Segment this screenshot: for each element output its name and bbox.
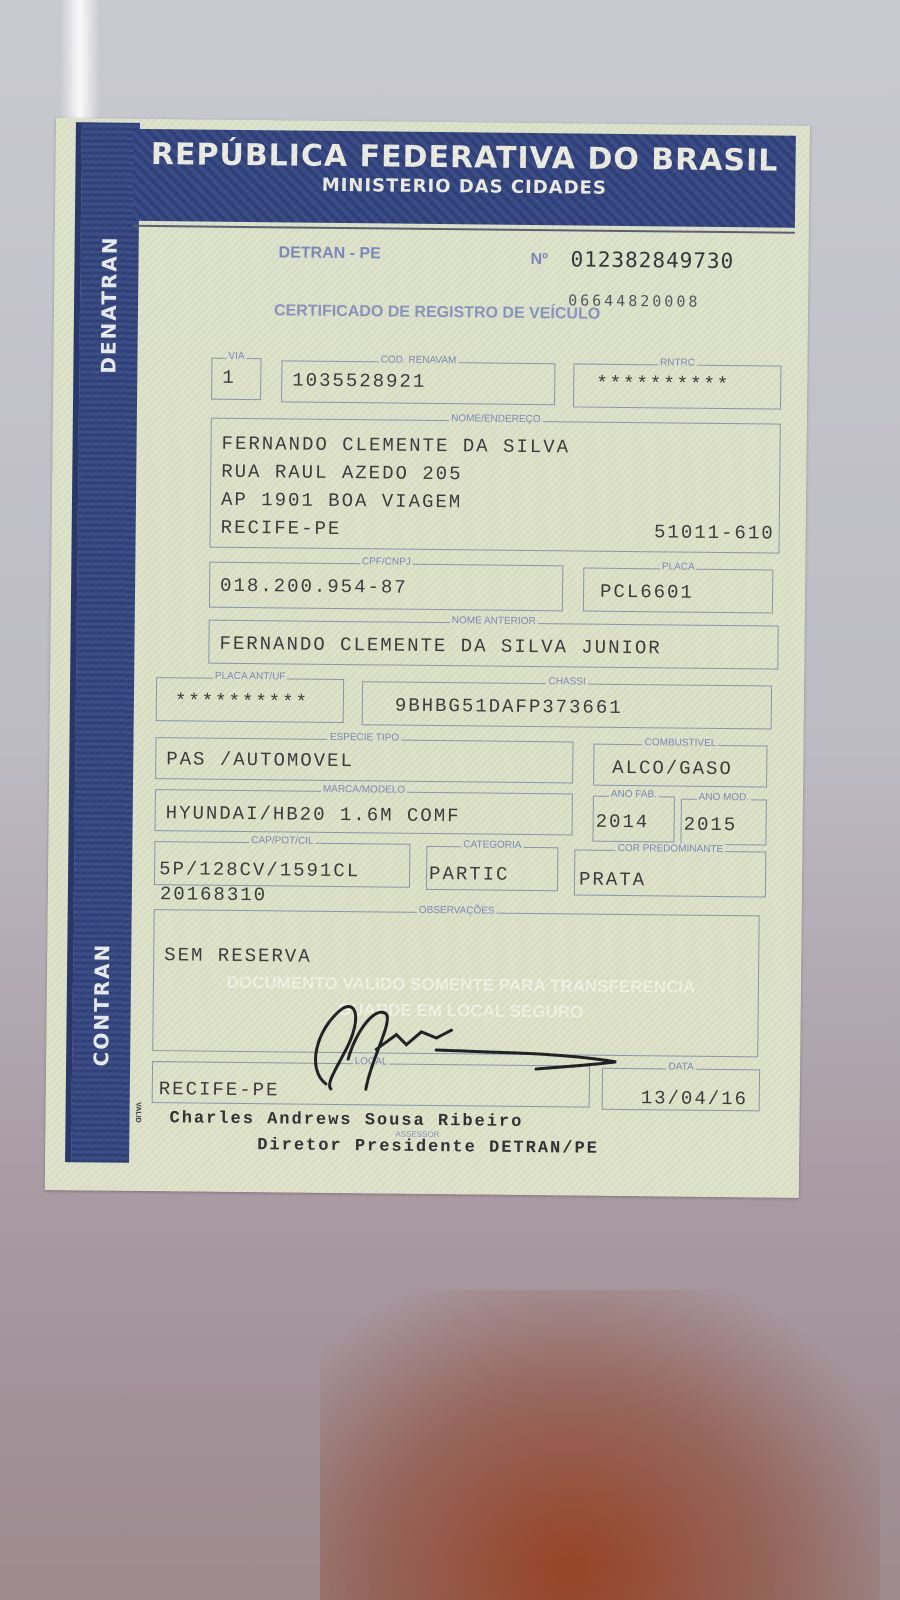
field-fuel: COMBUSTIVEL ALCO/GASO [593, 744, 767, 788]
year-model-value: 2015 [684, 814, 738, 837]
light-glare [60, 0, 100, 120]
issuer-label: DETRAN - PE [279, 244, 381, 263]
previous-name-label: NOME ANTERIOR [450, 615, 538, 627]
renavam-label: COD. RENAVAM [379, 354, 459, 366]
fuel-label: COMBUSTIVEL [643, 737, 719, 749]
rntrc-value: ********** [596, 373, 730, 396]
field-capacity: CAP/POT/CIL 5P/128CV/1591CL [154, 841, 410, 888]
header-banner: REPÚBLICA FEDERATIVA DO BRASIL MINISTERI… [133, 129, 796, 228]
via-label: VIA [226, 351, 246, 362]
cpf-value: 018.200.954-87 [220, 575, 408, 599]
year-model-label: ANO MOD. [697, 792, 752, 804]
number-label: Nº [530, 251, 548, 269]
species-type-label: ESPECIE TIPO [328, 732, 401, 744]
year-manufacture-label: ANO FAB. [609, 789, 659, 801]
via-value: 1 [222, 367, 236, 389]
previous-plate-value: ********** [175, 690, 309, 713]
category-label: CATEGORIA [461, 839, 523, 851]
signature-scribble [286, 988, 627, 1102]
observations-value: SEM RESERVA [164, 944, 312, 968]
denatran-label: DENATRAN [96, 235, 121, 373]
owner-name: FERNANDO CLEMENTE DA SILVA [221, 433, 570, 459]
vehicle-registration-certificate: DENATRAN CONTRAN VALID REPÚBLICA FEDERAT… [45, 118, 810, 1198]
field-color: COR PREDOMINANTE PRATA [574, 849, 766, 897]
field-year-manufacture: ANO FAB. 2014 [592, 796, 674, 843]
security-sidebar: DENATRAN CONTRAN [65, 122, 140, 1163]
location-value: RECIFE-PE [159, 1078, 280, 1101]
make-model-label: MARCA/MODELO [321, 784, 407, 796]
signer-title: Diretor Presidente DETRAN/PE [257, 1136, 599, 1159]
field-previous-name: NOME ANTERIOR FERNANDO CLEMENTE DA SILVA… [208, 620, 778, 670]
previous-plate-label: PLACA ANT/UF [213, 671, 288, 683]
field-via: VIA 1 [211, 358, 261, 401]
fuel-value: ALCO/GASO [612, 757, 733, 780]
field-chassis: CHASSI 9BHBG51DAFP373661 [362, 681, 772, 729]
field-name-address: NOME/ENDEREÇO FERNANDO CLEMENTE DA SILVA… [210, 418, 781, 554]
plate-label: PLACA [660, 561, 697, 572]
field-year-model: ANO MOD. 2015 [680, 799, 766, 846]
contran-label: CONTRAN [89, 943, 114, 1067]
make-model-value: HYUNDAI/HB20 1.6M COMF [166, 802, 461, 827]
field-plate: PLACA PCL6601 [583, 568, 773, 614]
date-value: 13/04/16 [641, 1087, 748, 1110]
address-cep: 51011-610 [654, 521, 775, 544]
address-line-1: RUA RAUL AZEDO 205 [221, 461, 462, 486]
chassis-label: CHASSI [546, 676, 587, 687]
country-title: REPÚBLICA FEDERATIVA DO BRASIL [133, 137, 795, 180]
background-shadow [320, 1290, 880, 1600]
address-city: RECIFE-PE [221, 517, 342, 540]
color-value: PRATA [579, 869, 646, 892]
renavam-value: 1035528921 [292, 369, 426, 392]
address-line-2: AP 1901 BOA VIAGEM [221, 489, 462, 514]
capacity-value: 5P/128CV/1591CL [159, 858, 360, 882]
rntrc-label: RNTRC [658, 357, 697, 368]
field-category: CATEGORIA PARTIC [426, 846, 558, 891]
species-type-value: PAS /AUTOMOVEL [166, 748, 354, 772]
color-label: COR PREDOMINANTE [616, 843, 726, 855]
signer-name: Charles Andrews Sousa Ribeiro [169, 1109, 523, 1132]
category-value: PARTIC [429, 863, 510, 886]
date-label: DATA [666, 1061, 695, 1072]
field-renavam: COD. RENAVAM 1035528921 [281, 360, 555, 405]
field-rntrc: RNTRC ********** [573, 363, 781, 409]
chassis-value: 9BHBG51DAFP373661 [395, 695, 623, 719]
valid-tag: VALID [134, 1102, 141, 1123]
previous-name-value: FERNANDO CLEMENTE DA SILVA JUNIOR [219, 633, 661, 660]
observations-label: OBSERVAÇÕES [417, 905, 497, 917]
document-number: 012382849730 [570, 247, 734, 273]
certificate-title: CERTIFICADO DE REGISTRO DE VEÍCULO [274, 302, 600, 323]
field-species-type: ESPECIE TIPO PAS /AUTOMOVEL [155, 737, 573, 783]
name-address-label: NOME/ENDEREÇO [449, 413, 543, 425]
cpf-label: CPF/CNPJ [360, 556, 413, 568]
field-cpf: CPF/CNPJ 018.200.954-87 [209, 562, 563, 612]
year-manufacture-value: 2014 [596, 811, 650, 834]
field-make-model: MARCA/MODELO HYUNDAI/HB20 1.6M COMF [155, 789, 573, 835]
plate-value: PCL6601 [600, 581, 694, 604]
capacity-label: CAP/POT/CIL [249, 835, 315, 847]
field-previous-plate: PLACA ANT/UF ********** [156, 677, 344, 723]
